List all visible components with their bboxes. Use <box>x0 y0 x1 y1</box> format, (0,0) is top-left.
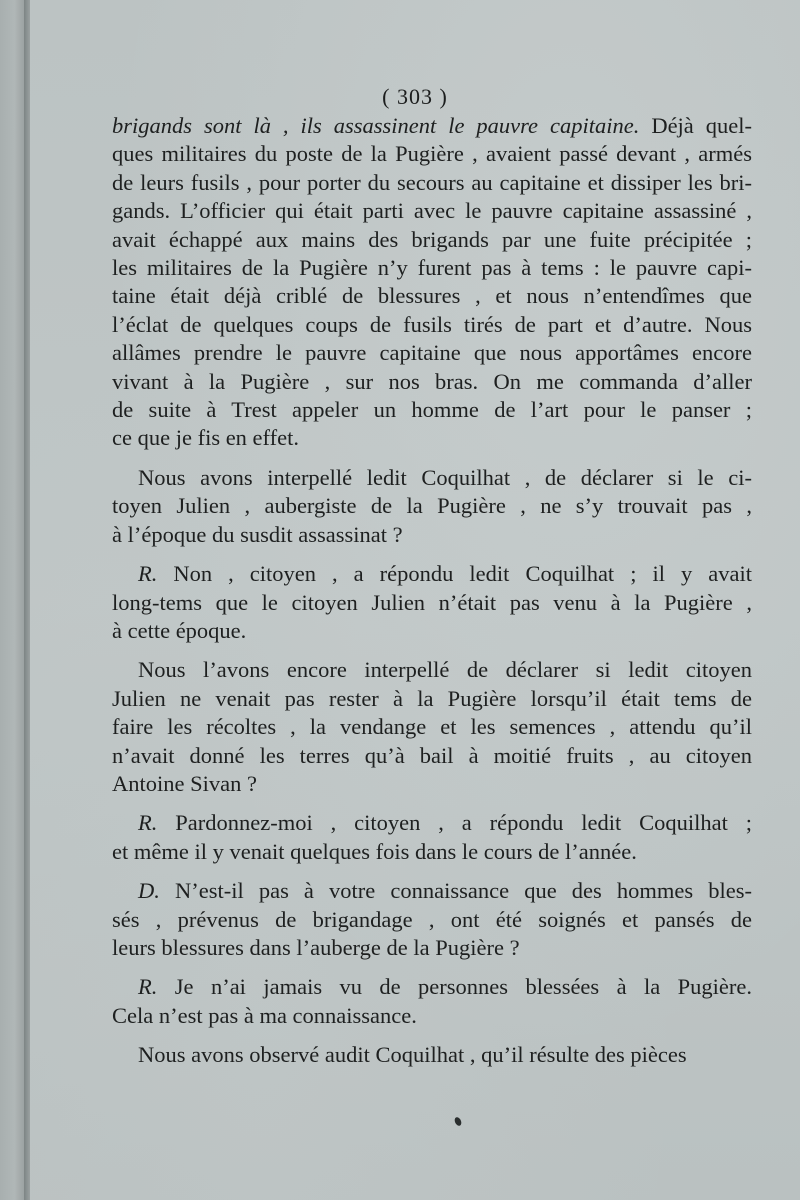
text-line: Nous l’avons encore interpellé de déclar… <box>112 656 752 684</box>
paragraph: Nous l’avons encore interpellé de déclar… <box>112 656 752 798</box>
text-line: faire les récoltes , la vendange et les … <box>112 713 752 741</box>
paragraph-gap <box>112 798 752 809</box>
italic-text: R. <box>138 810 157 835</box>
text-line: brigands sont là , ils assassinent le pa… <box>112 112 752 140</box>
text-line: de leurs fusils , pour porter du secours… <box>112 169 752 197</box>
text-segment: Je n’ai jamais vu de personnes blessées … <box>157 974 752 999</box>
paragraph: R. Non , citoyen , a répondu ledit Coqui… <box>112 560 752 645</box>
text-segment: Pardonnez-moi , citoyen , a répondu ledi… <box>157 810 752 835</box>
text-line: Julien ne venait pas rester à la Pugière… <box>112 685 752 713</box>
text-line: toyen Julien , aubergiste de la Pugière … <box>112 492 752 520</box>
text-segment: Antoine Sivan ? <box>112 771 257 796</box>
paragraph: Nous avons interpellé ledit Coquilhat , … <box>112 464 752 549</box>
text-line: vivant à la Pugière , sur nos bras. On m… <box>112 368 752 396</box>
text-segment: à cette époque. <box>112 618 246 643</box>
text-line: R. Je n’ai jamais vu de personnes blessé… <box>112 973 752 1001</box>
text-segment: et même il y venait quelques fois dans l… <box>112 839 637 864</box>
paragraph: D. N’est-il pas à votre connaissance que… <box>112 877 752 962</box>
text-segment: Déjà quel- <box>639 113 752 138</box>
text-line: et même il y venait quelques fois dans l… <box>112 838 752 866</box>
ink-spot <box>453 1116 462 1127</box>
text-segment: Nous avons observé audit Coquilhat , qu’… <box>138 1042 687 1067</box>
text-segment: sés , prévenus de brigandage , ont été s… <box>112 907 752 932</box>
text-segment: vivant à la Pugière , sur nos bras. On m… <box>112 369 752 394</box>
paragraph-gap <box>112 549 752 560</box>
italic-text: brigands sont là , ils assassinent le pa… <box>112 113 639 138</box>
text-segment: gands. L’officier qui était parti avec l… <box>112 198 752 223</box>
binding-edge <box>0 0 24 1200</box>
text-segment: long-tems que le citoyen Julien n’était … <box>112 590 752 615</box>
text-segment: à l’époque du susdit assassinat ? <box>112 522 403 547</box>
text-line: D. N’est-il pas à votre connaissance que… <box>112 877 752 905</box>
text-line: l’éclat de quelques coups de fusils tiré… <box>112 311 752 339</box>
text-line: long-tems que le citoyen Julien n’était … <box>112 589 752 617</box>
text-line: à l’époque du susdit assassinat ? <box>112 521 752 549</box>
body-text: brigands sont là , ils assassinent le pa… <box>112 112 752 1070</box>
text-line: taine était déjà criblé de blessures , e… <box>112 282 752 310</box>
text-segment: de suite à Trest appeler un homme de l’a… <box>112 397 752 422</box>
paragraph: Nous avons observé audit Coquilhat , qu’… <box>112 1041 752 1069</box>
text-line: leurs blessures dans l’auberge de la Pug… <box>112 934 752 962</box>
paragraph-gap <box>112 962 752 973</box>
text-segment: Non , citoyen , a répondu ledit Coquilha… <box>157 561 752 586</box>
text-segment: avait échappé aux mains des brigands par… <box>112 227 752 252</box>
paragraph: R. Pardonnez-moi , citoyen , a répondu l… <box>112 809 752 866</box>
text-line: à cette époque. <box>112 617 752 645</box>
text-line: R. Pardonnez-moi , citoyen , a répondu l… <box>112 809 752 837</box>
text-line: Antoine Sivan ? <box>112 770 752 798</box>
book-page: ( 303 ) brigands sont là , ils assassine… <box>30 0 800 1200</box>
text-line: Cela n’est pas à ma connaissance. <box>112 1002 752 1030</box>
page-number: ( 303 ) <box>30 84 800 110</box>
text-segment: l’éclat de quelques coups de fusils tiré… <box>112 312 752 337</box>
text-segment: les militaires de la Pugière n’y furent … <box>112 255 752 280</box>
text-segment: ce que je fis en effet. <box>112 425 299 450</box>
paragraph-gap <box>112 1030 752 1041</box>
text-segment: taine était déjà criblé de blessures , e… <box>112 283 752 308</box>
text-line: Nous avons observé audit Coquilhat , qu’… <box>112 1041 752 1069</box>
text-segment: N’est-il pas à votre connaissance que de… <box>160 878 752 903</box>
text-line: R. Non , citoyen , a répondu ledit Coqui… <box>112 560 752 588</box>
italic-text: D. <box>138 878 160 903</box>
text-line: ce que je fis en effet. <box>112 424 752 452</box>
paragraph: R. Je n’ai jamais vu de personnes blessé… <box>112 973 752 1030</box>
italic-text: R. <box>138 974 157 999</box>
paragraph-gap <box>112 453 752 464</box>
text-segment: Cela n’est pas à ma connaissance. <box>112 1003 417 1028</box>
text-line: n’avait donné les terres qu’à bail à moi… <box>112 742 752 770</box>
text-segment: Nous l’avons encore interpellé de déclar… <box>138 657 752 682</box>
text-line: avait échappé aux mains des brigands par… <box>112 226 752 254</box>
text-segment: Julien ne venait pas rester à la Pugière… <box>112 686 752 711</box>
text-segment: leurs blessures dans l’auberge de la Pug… <box>112 935 520 960</box>
text-line: de suite à Trest appeler un homme de l’a… <box>112 396 752 424</box>
paragraph-gap <box>112 645 752 656</box>
text-segment: allâmes prendre le pauvre capitaine que … <box>112 340 752 365</box>
paragraph: brigands sont là , ils assassinent le pa… <box>112 112 752 453</box>
text-segment: toyen Julien , aubergiste de la Pugière … <box>112 493 752 518</box>
italic-text: R. <box>138 561 157 586</box>
text-line: sés , prévenus de brigandage , ont été s… <box>112 906 752 934</box>
text-line: gands. L’officier qui était parti avec l… <box>112 197 752 225</box>
text-line: allâmes prendre le pauvre capitaine que … <box>112 339 752 367</box>
text-line: ques militaires du poste de la Pugière ,… <box>112 140 752 168</box>
text-segment: Nous avons interpellé ledit Coquilhat , … <box>138 465 752 490</box>
text-segment: n’avait donné les terres qu’à bail à moi… <box>112 743 752 768</box>
text-segment: ques militaires du poste de la Pugière ,… <box>112 141 752 166</box>
text-line: Nous avons interpellé ledit Coquilhat , … <box>112 464 752 492</box>
text-segment: faire les récoltes , la vendange et les … <box>112 714 752 739</box>
text-line: les militaires de la Pugière n’y furent … <box>112 254 752 282</box>
text-segment: de leurs fusils , pour porter du secours… <box>112 170 752 195</box>
paragraph-gap <box>112 866 752 877</box>
